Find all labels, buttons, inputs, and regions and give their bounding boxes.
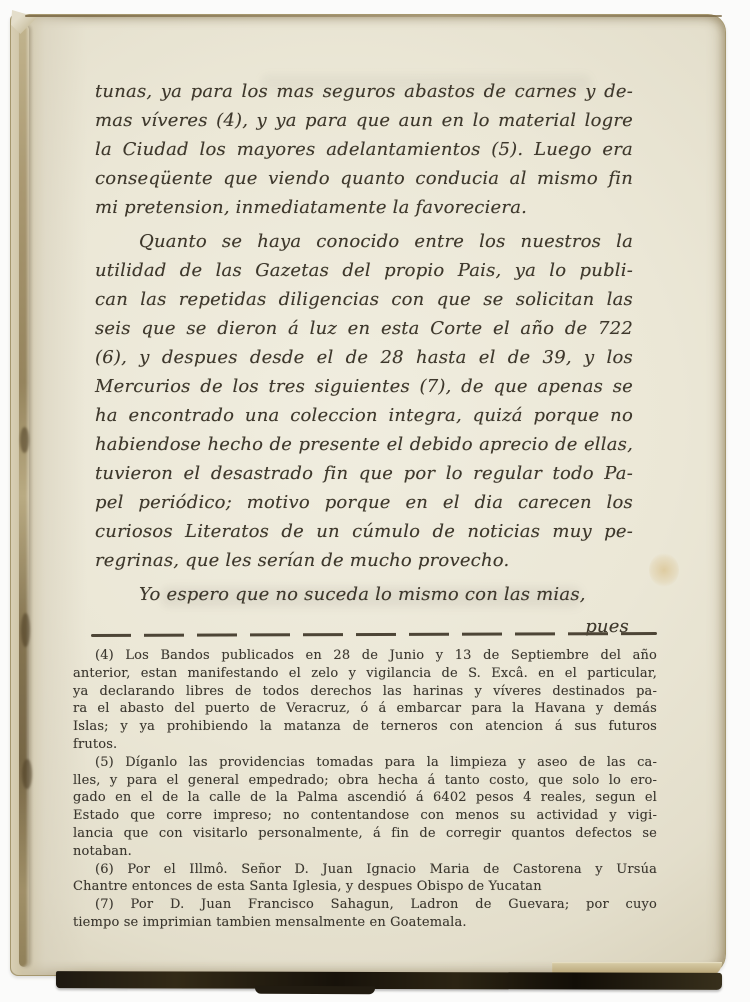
text-line: utilidad de las Gazetas del propio Pais,… [95, 256, 633, 285]
book-page: tunas, ya para los mas seguros abastos d… [10, 14, 726, 976]
footnote-line: ra el abasto del puerto de Veracruz, ó á… [73, 700, 657, 718]
binding-stitch [20, 427, 29, 453]
paragraph: tunas, ya para los mas seguros abastos d… [95, 77, 633, 222]
text-line: Mercurios de los tres siguientes (7), de… [95, 372, 633, 401]
text-line: (6), y despues desde el de 28 hasta el d… [95, 343, 633, 372]
paragraph: Quanto se haya conocido entre los nuestr… [95, 227, 633, 575]
footnote-line: Chantre entonces de esta Santa Iglesia, … [73, 878, 657, 896]
text-line: la Ciudad los mayores adelantamientos (5… [95, 135, 633, 164]
text-line: pel periódico; motivo porque en el dia c… [95, 488, 633, 517]
footnote-line: (5) Díganlo las providencias tomadas par… [73, 754, 657, 772]
footnote-line: Islas; y ya prohibiendo la matanza de te… [73, 718, 657, 736]
text-line: regrinas, que les serían de mucho provec… [95, 546, 633, 575]
text-line: conseqüente que viendo quanto conducia a… [95, 164, 633, 193]
text-line: mas víveres (4), y ya para que aun en lo… [95, 106, 633, 135]
footnote: (4) Los Bandos publicados en 28 de Junio… [73, 647, 657, 754]
footnote-line: tiempo se imprimian tambien mensalmente … [73, 914, 657, 932]
footnote-line: lancia que con visitarlo personalmente, … [73, 825, 657, 843]
footnote: (6) Por el Illmô. Señor D. Juan Ignacio … [73, 861, 657, 897]
footnote: (5) Díganlo las providencias tomadas par… [73, 754, 657, 861]
text-line: ha encontrado una coleccion integra, qui… [95, 401, 633, 430]
text-line: Yo espero que no suceda lo mismo con las… [95, 580, 633, 609]
text-line: habiendose hecho de presente el debido a… [95, 430, 633, 459]
footnote-line: frutos. [73, 736, 657, 754]
footnote-line: lles, y para el general empedrado; obra … [73, 772, 657, 790]
footnote-line: gado en el de la calle de la Palma ascen… [73, 789, 657, 807]
footnote-line: (4) Los Bandos publicados en 28 de Junio… [73, 647, 657, 665]
footnotes-block: (4) Los Bandos publicados en 28 de Junio… [73, 647, 657, 932]
book-cover-edge [56, 971, 722, 990]
footnote-line: Estado que corre impreso; no contentando… [73, 807, 657, 825]
text-line: tunas, ya para los mas seguros abastos d… [95, 77, 633, 106]
main-text-block: tunas, ya para los mas seguros abastos d… [95, 77, 633, 640]
paper-stain [649, 553, 679, 587]
paragraph: Yo espero que no suceda lo mismo con las… [95, 580, 633, 609]
footnote-line: (7) Por D. Juan Francisco Sahagun, Ladro… [73, 896, 657, 914]
footnote-line: anterior, estan manifestando el zelo y v… [73, 665, 657, 683]
footnote-line: (6) Por el Illmô. Señor D. Juan Ignacio … [73, 861, 657, 879]
text-line: Quanto se haya conocido entre los nuestr… [95, 227, 633, 256]
text-line: tuvieron el desastrado fin que por lo re… [95, 459, 633, 488]
footnote-line: ya declarando libres de todos derechos l… [73, 683, 657, 701]
binding-stitch [21, 613, 30, 647]
text-line: curiosos Literatos de un cúmulo de notic… [95, 517, 633, 546]
footnote: (7) Por D. Juan Francisco Sahagun, Ladro… [73, 896, 657, 932]
text-line: seis que se dieron á luz en esta Corte e… [95, 314, 633, 343]
text-line: mi pretension, inmediatamente la favorec… [95, 193, 633, 222]
text-line: can las repetidas diligencias con que se… [95, 285, 633, 314]
binding-ridge [19, 25, 29, 967]
book-cover-edge-notch [255, 986, 375, 994]
binding-stitch [22, 759, 32, 789]
book-scan: tunas, ya para los mas seguros abastos d… [0, 0, 750, 1002]
footnote-line: notaban. [73, 843, 657, 861]
